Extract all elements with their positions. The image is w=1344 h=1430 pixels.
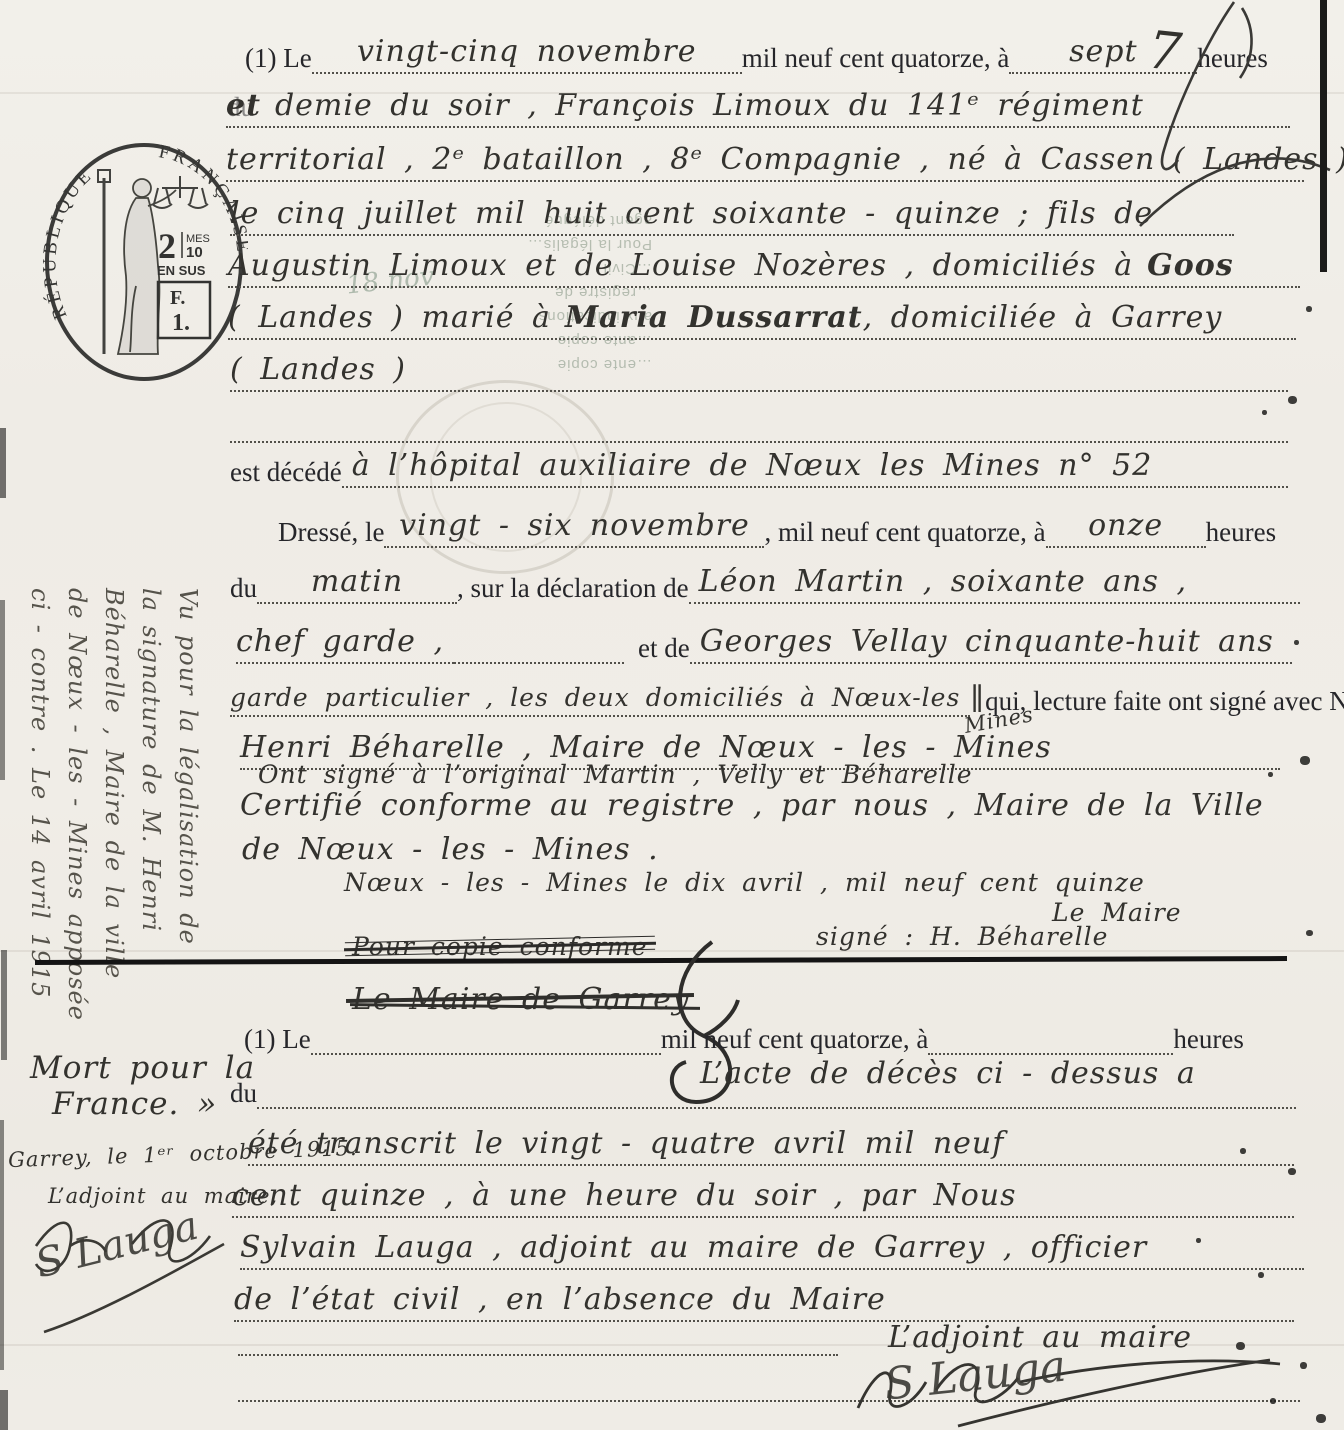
deceased-name-handwritten: demie du soir , François Limoux du 141ᵉ … xyxy=(275,88,1144,123)
record-date-handwritten: vingt - six novembre xyxy=(384,508,764,548)
parents-handwritten: Augustin Limoux et de Louise Nozères , d… xyxy=(228,248,1133,283)
certification-city-handwritten: de Nœux - les - Mines . xyxy=(242,832,659,867)
figure-arm xyxy=(148,190,176,206)
certification-date-handwritten: Nœux - les - Mines le dix avril , mil ne… xyxy=(344,868,1145,897)
figure-head xyxy=(133,179,151,197)
margin-note-line: ci - contre . Le 14 avril 1915 xyxy=(21,588,58,1066)
tax-rate-ensus: EN SUS xyxy=(157,263,206,278)
form-printed-text: mil neuf cent quatorze, à xyxy=(742,43,1010,74)
declarant2-handwritten: Georges Vellay cinquante-huit ans xyxy=(690,624,1292,664)
seal-arc-left-text: RÉPUBLIQUE xyxy=(40,164,98,322)
form-printed-text: (1) Le xyxy=(244,1024,311,1055)
declarant1-handwritten: Léon Martin , soixante ans , xyxy=(689,564,1300,604)
blank-slot xyxy=(257,1104,1296,1109)
ink-speck xyxy=(1196,1238,1201,1243)
scan-edge-artifact xyxy=(0,1390,8,1430)
form-printed-text: heures xyxy=(1173,1024,1243,1055)
signatures-note-handwritten: Ont signé à l’original Martin , Velly et… xyxy=(258,760,973,789)
body-line-5: Augustin Limoux et de Louise Nozères , d… xyxy=(228,248,1300,288)
mort-pour-la-france-note: Mort pour la France. » xyxy=(30,1050,255,1122)
ink-speck xyxy=(1316,1414,1326,1423)
margin-note-line: Vu pour la légalisation de xyxy=(169,588,206,1066)
scan-edge-artifact xyxy=(1320,0,1327,272)
form-printed-text: , sur la déclaration de xyxy=(457,573,689,604)
form-printed-text: qui, lecture faite ont signé avec Nous, xyxy=(985,686,1344,717)
transcription-date-handwritten: été transcrit le vingt - quatre avril mi… xyxy=(248,1126,1004,1161)
ink-speck xyxy=(1270,1398,1276,1404)
margin-legalization-note: Vu pour la légalisation de la signature … xyxy=(20,588,206,1066)
ink-speck xyxy=(1288,396,1297,404)
transcriber-name-handwritten: Sylvain Lauga , adjoint au maire de Garr… xyxy=(240,1230,1147,1265)
signe-beharelle-handwritten: signé : H. Béharelle xyxy=(816,922,1108,951)
pen-flourish-top-right xyxy=(1044,0,1344,240)
body-line-6: ( Landes ) marié à Maria Dussarrat , dom… xyxy=(228,300,1296,340)
ink-speck xyxy=(1268,772,1273,777)
body-line-8-blank xyxy=(230,408,1288,443)
form-printed-text: , mil neuf cent quatorze, à xyxy=(764,517,1045,548)
blank-slot xyxy=(311,1050,661,1055)
body-line-11: du matin , sur la déclaration de Léon Ma… xyxy=(230,564,1300,604)
body-line-7: ( Landes ) xyxy=(230,352,1288,392)
tax-one: 1. xyxy=(172,310,190,336)
margin-note-line: Béharelle , Maire de la ville xyxy=(95,588,132,1066)
ink-speck xyxy=(1262,410,1267,415)
ink-speck xyxy=(1306,930,1313,936)
correction-handwritten: et xyxy=(226,88,261,123)
tax-f: F. xyxy=(170,287,185,309)
scan-edge-artifact xyxy=(0,428,6,498)
declarants-residence-handwritten: garde particulier , les deux domiciliés … xyxy=(230,683,970,717)
body-line-27: de l’état civil , en l’absence du Maire xyxy=(234,1282,1294,1322)
scan-edge-artifact xyxy=(0,600,5,780)
ink-speck xyxy=(1300,756,1310,765)
ink-speck xyxy=(1288,1168,1296,1175)
form-printed-text: Dressé, le xyxy=(278,517,384,548)
spouse-name-handwritten: Maria Dussarrat xyxy=(565,300,863,335)
death-date-handwritten: vingt-cinq novembre xyxy=(312,34,742,74)
figure-robe xyxy=(118,198,159,354)
tax-rate-big: 2 xyxy=(158,226,176,266)
body-line-12: chef garde , et de Georges Vellay cinqua… xyxy=(236,624,1292,664)
blank-dotted-rule xyxy=(238,1354,838,1356)
certification-handwritten: Certifié conforme au registre , par nous… xyxy=(240,788,1264,823)
landes-handwritten: ( Landes ) xyxy=(230,352,406,387)
ink-speck xyxy=(1300,1362,1307,1369)
ink-speck xyxy=(1294,640,1299,645)
form-printed-text: (1) Le xyxy=(245,43,312,74)
transcription-intro-handwritten: L’acte de décès ci - dessus a xyxy=(700,1056,1196,1091)
form-printed-text: du xyxy=(230,1078,257,1109)
fiscal-stamp-seal: RÉPUBLIQUE FRANÇAISE 2 MES 10 EN SUS F. xyxy=(40,136,248,388)
marriage-handwritten: ( Landes ) marié à xyxy=(228,300,551,335)
form-printed-text: est décédé xyxy=(230,457,342,488)
body-line-13: garde particulier , les deux domiciliés … xyxy=(230,682,1296,717)
scan-edge-artifact xyxy=(0,1120,4,1370)
form-printed-text: heures xyxy=(1206,517,1276,548)
tax-rate-ten: 10 xyxy=(186,244,203,261)
form-printed-text: mil neuf cent quatorze, à xyxy=(661,1024,929,1055)
form-printed-text: et de xyxy=(638,633,690,664)
body-line-26: Sylvain Lauga , adjoint au maire de Garr… xyxy=(240,1230,1304,1270)
record-hour-handwritten: onze xyxy=(1046,508,1206,548)
record-ampm-handwritten: matin xyxy=(257,564,457,604)
mort-line-2: France. » xyxy=(52,1086,255,1122)
ink-speck xyxy=(1240,1148,1246,1154)
form-printed-text: du xyxy=(230,573,257,604)
body-line-9: est décédé à l’hôpital auxiliaire de Nœu… xyxy=(230,448,1288,488)
body-line-24: été transcrit le vingt - quatre avril mi… xyxy=(248,1126,1294,1166)
margin-note-line: de Nœux - les - Mines apposée xyxy=(58,588,95,1066)
blank-slot xyxy=(928,1050,1173,1055)
margin-note-line: la signature de M. Henri xyxy=(132,588,169,1066)
spouse-residence-handwritten: , domiciliée à Garrey xyxy=(863,300,1223,335)
body-line-25: cent quinze , à une heure du soir , par … xyxy=(232,1178,1294,1218)
ink-speck xyxy=(1236,1342,1245,1350)
body-line-22: (1) Le mil neuf cent quatorze, à heures xyxy=(244,1024,1282,1055)
mort-line-1: Mort pour la xyxy=(30,1050,255,1086)
ink-speck xyxy=(1258,1272,1264,1278)
death-certificate-scan: …ente copie …ante copie aux indications … xyxy=(0,0,1344,1430)
insertion-caret: ∥ Mines xyxy=(970,682,985,717)
body-line-10: Dressé, le vingt - six novembre , mil ne… xyxy=(278,508,1292,548)
declarant1-occupation-handwritten: chef garde , xyxy=(236,624,454,664)
birth-date-handwritten: le cinq juillet mil huit cent soixante -… xyxy=(230,196,1153,231)
transcription-hour-handwritten: cent quinze , à une heure du soir , par … xyxy=(232,1178,1017,1213)
blank-slot xyxy=(454,659,624,664)
residence-goos-handwritten: Goos xyxy=(1147,248,1234,283)
officer-title-handwritten: de l’état civil , en l’absence du Maire xyxy=(234,1282,886,1317)
scan-edge-artifact xyxy=(1,950,7,1060)
ink-speck xyxy=(1306,306,1312,312)
struck-pour-copie-conforme: Pour copie conforme xyxy=(352,932,648,961)
death-place-handwritten: à l’hôpital auxiliaire de Nœux les Mines… xyxy=(342,448,1288,488)
overwritten-word: du et xyxy=(226,88,261,123)
